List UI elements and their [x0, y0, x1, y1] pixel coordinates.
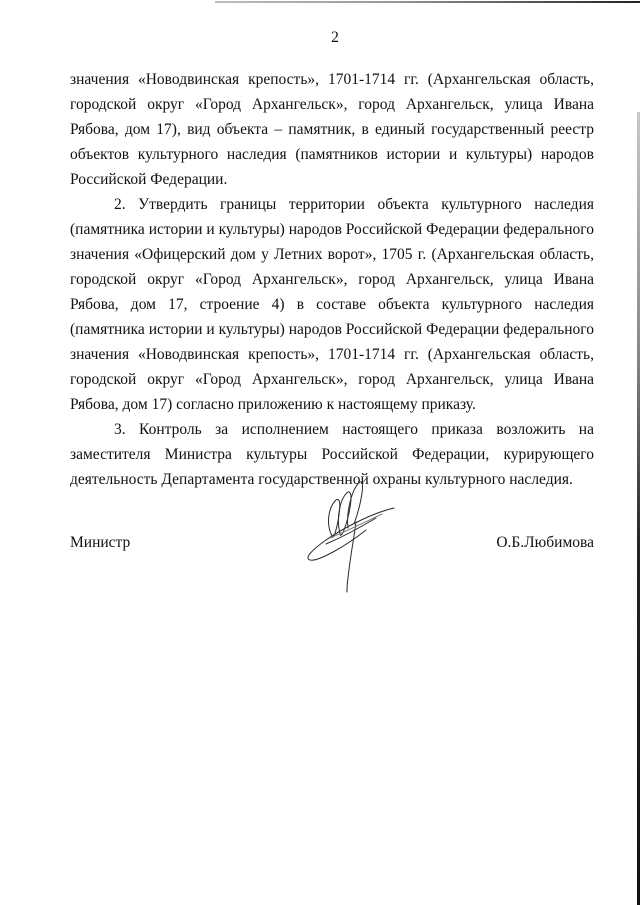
- scan-edge-top: [215, 1, 640, 3]
- document-page: 2 значения «Новодвинская крепость», 1701…: [70, 28, 594, 492]
- signatory-name: О.Б.Любимова: [496, 530, 594, 556]
- handwritten-signature-icon: [296, 478, 396, 594]
- paragraph-continuation: значения «Новодвинская крепость», 1701-1…: [70, 67, 594, 192]
- signatory-title: Министр: [70, 530, 130, 556]
- paragraph-item-2: 2. Утвердить границы территории объекта …: [70, 192, 594, 417]
- page-number: 2: [70, 28, 594, 48]
